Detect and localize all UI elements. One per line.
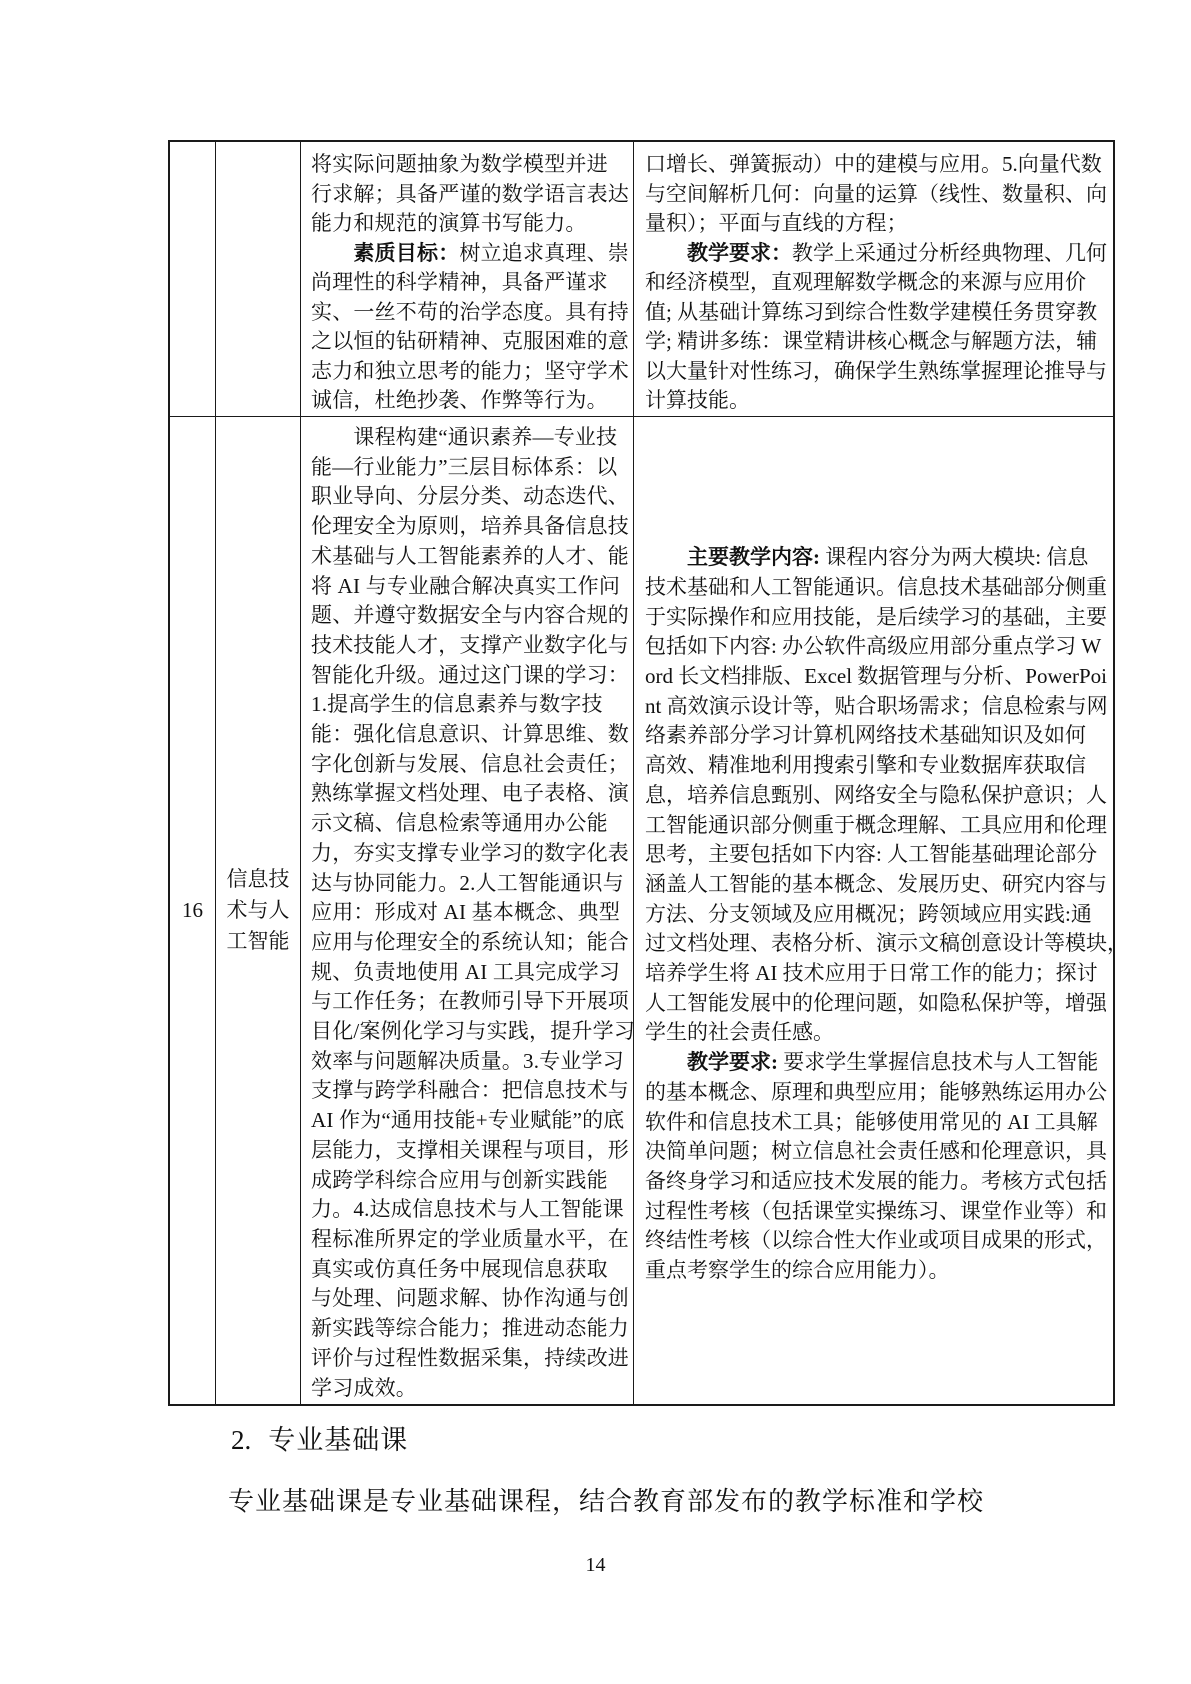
text-line: 工智能通识部分侧重于概念理解、工具应用和伦理 (645, 811, 1105, 841)
text-line: 方法、分支领域及应用概况；跨领域应用实践:通 (645, 900, 1105, 930)
text-line: 包括如下内容: 办公软件高级应用部分重点学习 W (645, 632, 1105, 662)
text-line: 络素养部分学习计算机网络技术基础知识及如何 (645, 721, 1105, 751)
section-heading: 2.专业基础课 (231, 1418, 408, 1457)
text-line: 真实或仿真任务中展现信息获取 (311, 1255, 627, 1285)
text-line: 能—行业能力”三层目标体系：以 (311, 453, 627, 483)
text-line: 成跨学科综合应用与创新实践能 (311, 1166, 627, 1196)
text-line: 高效、精准地利用搜索引擎和专业数据库获取信 (645, 751, 1105, 781)
text-line: 字化创新与发展、信息社会责任； (311, 750, 627, 780)
text-line: 过程性考核（包括课堂实操练习、课堂作业等）和 (645, 1197, 1105, 1227)
text-line: 以大量针对性练习，确保学生熟练掌握理论推导与 (645, 357, 1105, 387)
text-line: 能力和规范的演算书写能力。 (311, 209, 627, 239)
text-line: 效率与问题解决质量。3.专业学习 (311, 1047, 627, 1077)
table-cell-row16-number: 16 (170, 417, 216, 1404)
text-line: 教学要求: 要求学生掌握信息技术与人工智能 (645, 1048, 1105, 1078)
text-line: 之以恒的钻研精神、克服困难的意 (311, 327, 627, 357)
text-line: 培养学生将 AI 技术应用于日常工作的能力；探讨 (645, 959, 1105, 989)
text-line: 于实际操作和应用技能，是后续学习的基础，主要 (645, 603, 1105, 633)
text-line: 将实际问题抽象为数学模型并进 (311, 150, 627, 180)
text-line: 题、并遵守数据安全与内容合规的 (311, 601, 627, 631)
text-line: 素质目标：树立追求真理、崇 (311, 239, 627, 269)
table-cell-prev-objectives: 将实际问题抽象为数学模型并进行求解；具备严谨的数学语言表达能力和规范的演算书写能… (301, 142, 634, 417)
text-line: 智能化升级。通过这门课的学习： (311, 661, 627, 691)
text-line: 技术基础和人工智能通识。信息技术基础部分侧重 (645, 573, 1105, 603)
document-page: 将实际问题抽象为数学模型并进行求解；具备严谨的数学语言表达能力和规范的演算书写能… (0, 0, 1191, 1684)
text-line: 诚信，杜绝抄袭、作弊等行为。 (311, 386, 627, 416)
section-heading-number: 2. (231, 1425, 251, 1455)
text-line: 示文稿、信息检索等通用办公能 (311, 809, 627, 839)
text-line: 新实践等综合能力；推进动态能力 (311, 1314, 627, 1344)
text-line: 量积）；平面与直线的方程； (645, 209, 1105, 239)
table-cell-prev-course-name (216, 142, 301, 417)
text-line: nt 高效演示设计等，贴合职场需求；信息检索与网 (645, 692, 1105, 722)
text-line: 将 AI 与专业融合解决真实工作问 (311, 572, 627, 602)
text-line: 力。4.达成信息技术与人工智能课 (311, 1195, 627, 1225)
text-line: 涵盖人工智能的基本概念、发展历史、研究内容与 (645, 870, 1105, 900)
text-line: 学; 精讲多练：课堂精讲核心概念与解题方法，辅 (645, 327, 1105, 357)
text-line: 与空间解析几何：向量的运算（线性、数量积、向 (645, 180, 1105, 210)
text-line: 1.提高学生的信息素养与数字技 (311, 690, 627, 720)
text-line: 课程构建“通识素养—专业技 (311, 423, 627, 453)
table-cell-prev-number (170, 142, 216, 417)
text-line: 技术技能人才，支撑产业数字化与 (311, 631, 627, 661)
text-line: 工智能 (227, 926, 290, 957)
page-number: 14 (0, 1554, 1191, 1577)
text-line: 息，培养信息甄别、网络安全与隐私保护意识；人 (645, 781, 1105, 811)
text-line: 和经济模型，直观理解数学概念的来源与应用价 (645, 268, 1105, 298)
text-line: 备终身学习和适应技术发展的能力。考核方式包括 (645, 1167, 1105, 1197)
text-line: 学生的社会责任感。 (645, 1018, 1105, 1048)
text-line: 与处理、问题求解、协作沟通与创 (311, 1284, 627, 1314)
text-line: 思考，主要包括如下内容: 人工智能基础理论部分 (645, 840, 1105, 870)
text-line: 能：强化信息意识、计算思维、数 (311, 720, 627, 750)
text-line: 熟练掌握文档处理、电子表格、演 (311, 779, 627, 809)
text-line: 评价与过程性数据采集，持续改进 (311, 1344, 627, 1374)
text-line: ord 长文档排版、Excel 数据管理与分析、PowerPoi (645, 662, 1105, 692)
text-line: 支撑与跨学科融合：把信息技术与 (311, 1076, 627, 1106)
text-line: 应用：形成对 AI 基本概念、典型 (311, 898, 627, 928)
text-line: AI 作为“通用技能+专业赋能”的底 (311, 1106, 627, 1136)
text-line: 重点考察学生的综合应用能力）。 (645, 1256, 1105, 1286)
text-line: 职业导向、分层分类、动态迭代、 (311, 482, 627, 512)
text-line: 实、一丝不苟的治学态度。具有持 (311, 298, 627, 328)
text-line: 程标准所界定的学业质量水平，在 (311, 1225, 627, 1255)
text-line: 的基本概念、原理和典型应用；能够熟练运用办公 (645, 1078, 1105, 1108)
text-line: 学习成效。 (311, 1374, 627, 1404)
text-line: 应用与伦理安全的系统认知；能合 (311, 928, 627, 958)
table-cell-row16-teaching-content: 主要教学内容: 课程内容分为两大模块: 信息技术基础和人工智能通识。信息技术基础… (634, 417, 1113, 1404)
text-line: 软件和信息技术工具；能够使用常见的 AI 工具解 (645, 1108, 1105, 1138)
text-line: 决简单问题；树立信息社会责任感和伦理意识，具 (645, 1137, 1105, 1167)
text-line: 主要教学内容: 课程内容分为两大模块: 信息 (645, 543, 1105, 573)
text-line: 规、负责地使用 AI 工具完成学习 (311, 958, 627, 988)
section-heading-text: 专业基础课 (268, 1425, 408, 1455)
text-line: 计算技能。 (645, 386, 1105, 416)
text-line: 伦理安全为原则，培养具备信息技 (311, 512, 627, 542)
text-line: 行求解；具备严谨的数学语言表达 (311, 180, 627, 210)
text-line: 达与协同能力。2.人工智能通识与 (311, 869, 627, 899)
text-line: 目化/案例化学习与实践，提升学习 (311, 1017, 627, 1047)
course-table: 将实际问题抽象为数学模型并进行求解；具备严谨的数学语言表达能力和规范的演算书写能… (168, 140, 1115, 1406)
table-cell-prev-teaching-content: 口增长、弹簧振动）中的建模与应用。5.向量代数与空间解析几何：向量的运算（线性、… (634, 142, 1113, 417)
text-line: 口增长、弹簧振动）中的建模与应用。5.向量代数 (645, 150, 1105, 180)
text-line: 终结性考核（以综合性大作业或项目成果的形式， (645, 1226, 1105, 1256)
text-line: 术与人 (227, 895, 290, 926)
text-line: 术基础与人工智能素养的人才、能 (311, 542, 627, 572)
text-line: 信息技 (227, 864, 290, 895)
text-line: 教学要求：教学上采通过分析经典物理、几何 (645, 239, 1105, 269)
table-cell-row16-course-name: 信息技术与人工智能 (216, 417, 301, 1404)
body-paragraph: 专业基础课是专业基础课程，结合教育部发布的教学标准和学校 (228, 1481, 984, 1518)
text-line: 志力和独立思考的能力；坚守学术 (311, 357, 627, 387)
text-line: 人工智能发展中的伦理问题，如隐私保护等，增强 (645, 989, 1105, 1019)
text-line: 与工作任务；在教师引导下开展项 (311, 987, 627, 1017)
table-cell-row16-objectives: 课程构建“通识素养—专业技能—行业能力”三层目标体系：以职业导向、分层分类、动态… (301, 417, 634, 1404)
text-line: 尚理性的科学精神，具备严谨求 (311, 268, 627, 298)
text-line: 过文档处理、表格分析、演示文稿创意设计等模块， (645, 929, 1105, 959)
text-line: 层能力，支撑相关课程与项目，形 (311, 1136, 627, 1166)
text-line: 值; 从基础计算练习到综合性数学建模任务贯穿教 (645, 298, 1105, 328)
text-line: 力，夯实支撑专业学习的数字化表 (311, 839, 627, 869)
